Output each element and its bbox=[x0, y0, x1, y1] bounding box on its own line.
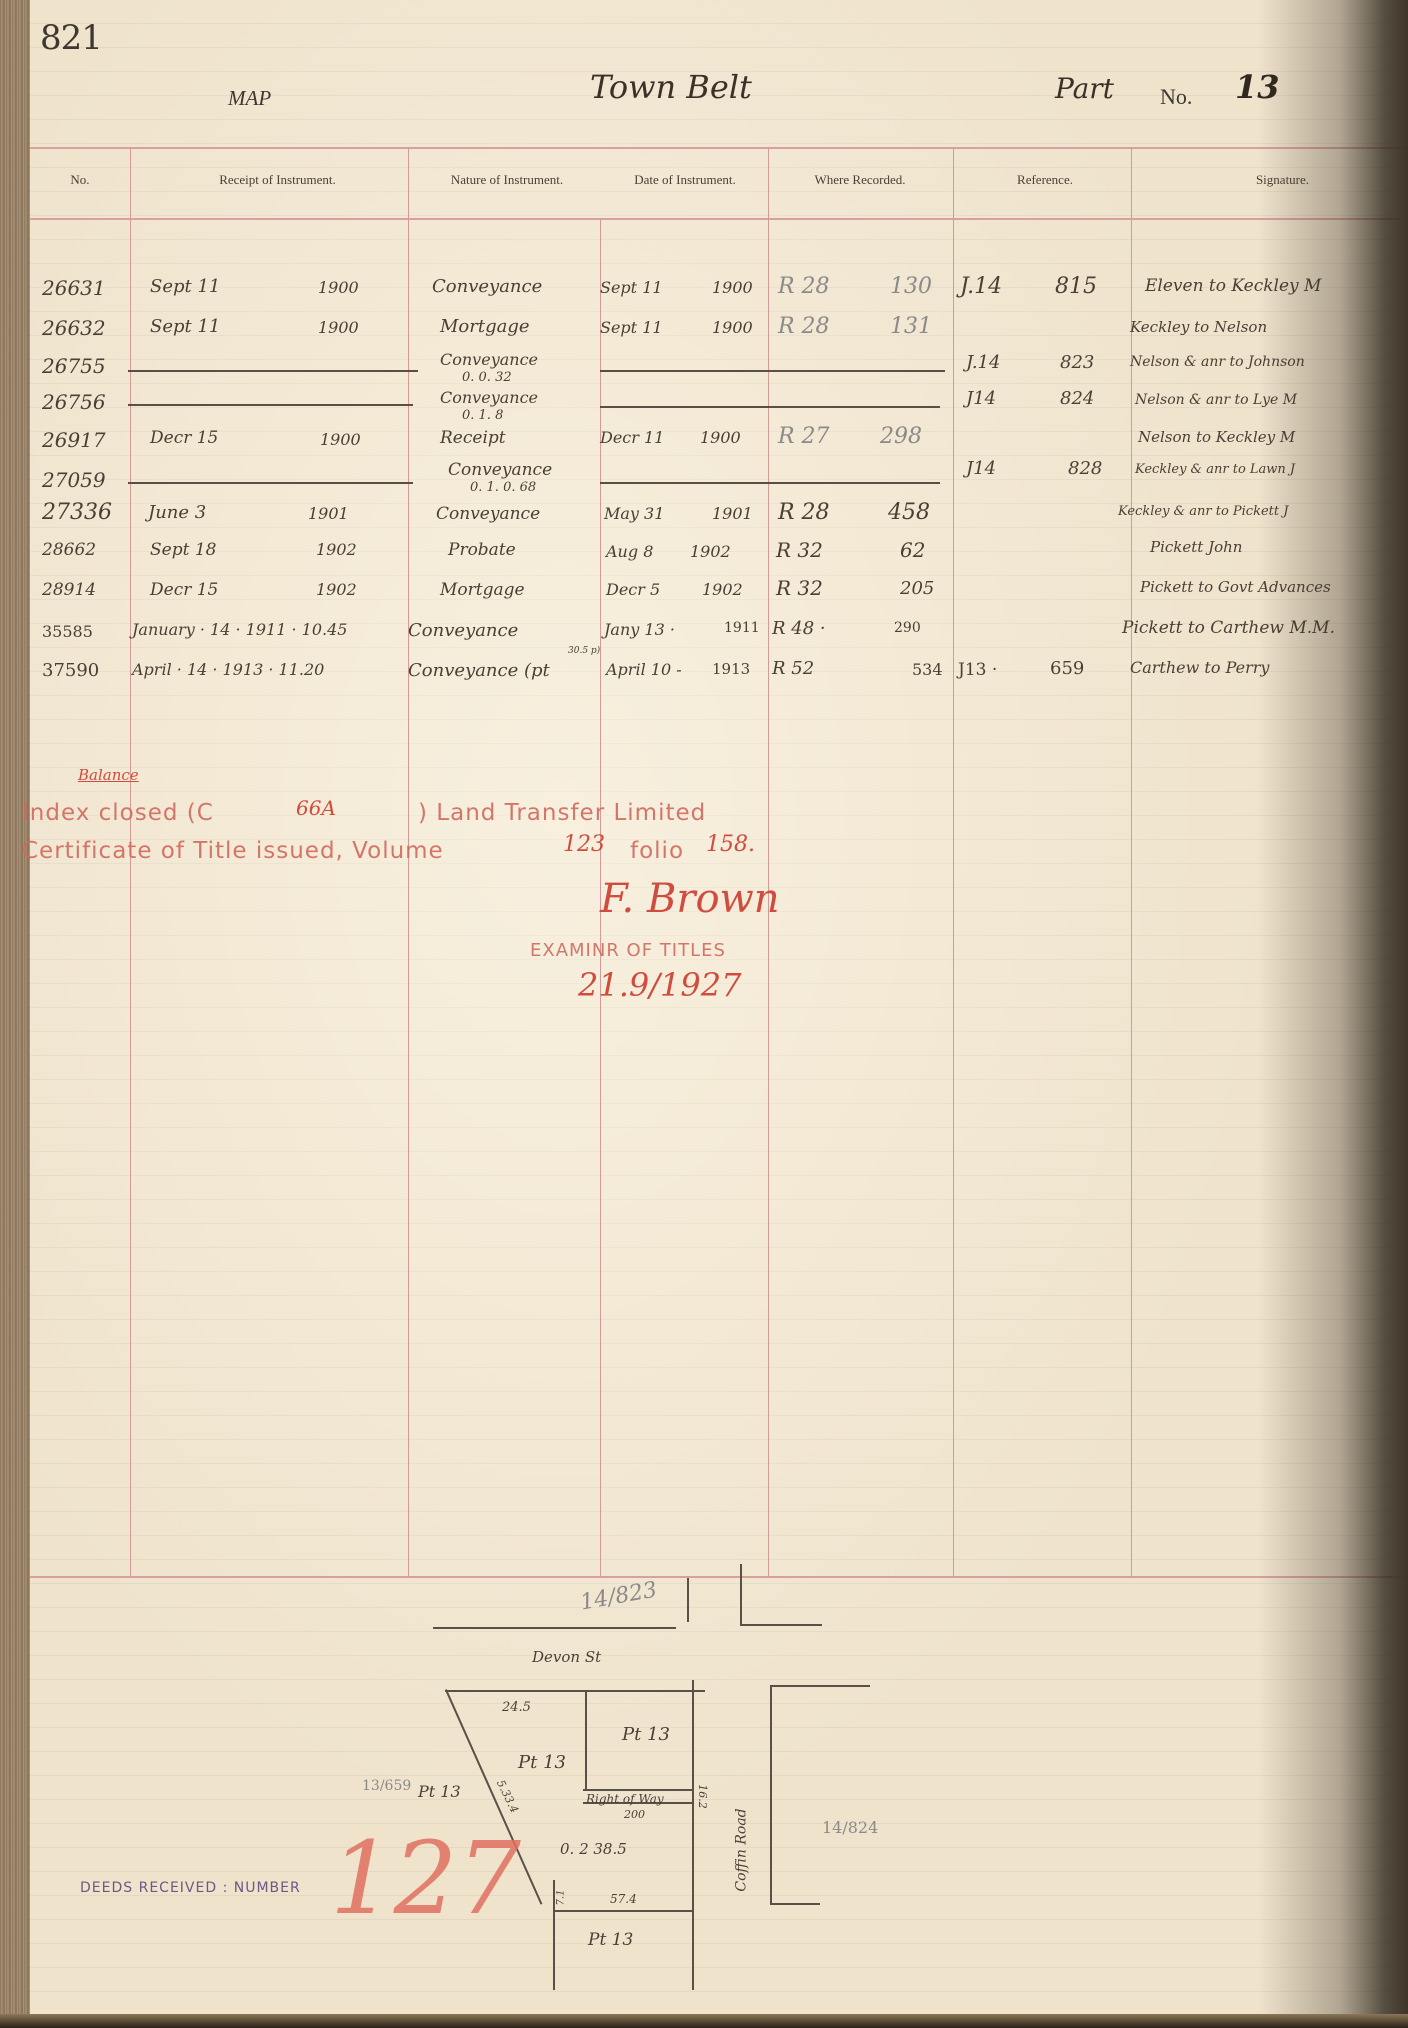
road-name: Coffin Road bbox=[734, 1808, 750, 1891]
sketch-ref-left: 13/659 bbox=[362, 1778, 411, 1794]
row-signature: Carthew to Perry bbox=[1130, 658, 1269, 677]
certificate-folio-label: folio bbox=[630, 838, 684, 864]
row-date: Jany 13 · bbox=[604, 620, 675, 639]
page-title: Town Belt bbox=[590, 68, 752, 106]
row-nature: Probate bbox=[448, 540, 516, 560]
row-receipt-date: Sept 18 bbox=[150, 540, 216, 560]
dim-top: 24.5 bbox=[502, 1700, 531, 1715]
examiner-title: EXAMINR OF TITLES bbox=[530, 940, 726, 961]
row-nature-area: 0. 0. 32 bbox=[462, 370, 512, 385]
row-receipt-date: Decr 15 bbox=[150, 428, 218, 448]
row-no: 26631 bbox=[42, 276, 106, 300]
strike-line bbox=[128, 482, 413, 484]
row-no: 26756 bbox=[42, 390, 106, 414]
no-label: No. bbox=[1160, 84, 1192, 110]
dim-bottom: 57.4 bbox=[610, 1892, 637, 1906]
lot-boundary bbox=[583, 1789, 693, 1791]
strike-line bbox=[128, 370, 418, 372]
row-recorded-r: R 32 bbox=[776, 576, 823, 600]
row-signature: Keckley to Nelson bbox=[1130, 318, 1267, 336]
certificate-folio: 158. bbox=[706, 832, 755, 857]
row-recorded-page: 205 bbox=[900, 578, 934, 599]
row-receipt-date: June 3 bbox=[148, 502, 206, 523]
row-ref-folio: 823 bbox=[1060, 352, 1094, 373]
row-nature: Conveyance bbox=[440, 388, 538, 407]
column-header-reference: Reference. bbox=[965, 172, 1125, 188]
row-date-year: 1900 bbox=[700, 428, 741, 447]
row-receipt-date: Decr 15 bbox=[150, 580, 218, 600]
page-number: 821 bbox=[40, 18, 102, 58]
row-nature: Mortgage bbox=[440, 580, 525, 600]
row-recorded-page: 131 bbox=[890, 314, 932, 339]
certificate-prefix: Certificate of Title issued, Volume bbox=[22, 838, 444, 864]
row-receipt-date: Sept 11 bbox=[150, 276, 220, 297]
table-bottom-rule bbox=[30, 1576, 1408, 1578]
row-date-year: 1902 bbox=[690, 542, 731, 561]
row-recorded-r: R 28 bbox=[778, 274, 830, 299]
lot-label: Pt 13 bbox=[588, 1930, 633, 1950]
row-ref-folio: 659 bbox=[1050, 658, 1084, 679]
strike-line bbox=[600, 370, 945, 372]
street-name: Devon St bbox=[532, 1648, 601, 1666]
road-boundary bbox=[770, 1685, 772, 1903]
certificate-volume: 123 bbox=[563, 832, 605, 857]
row-recorded-page: 534 bbox=[912, 660, 943, 679]
book-edge bbox=[0, 0, 30, 2028]
table-top-rule bbox=[30, 147, 1408, 149]
row-nature: Conveyance bbox=[436, 504, 540, 524]
sketch-ref-right: 14/824 bbox=[822, 1818, 878, 1837]
lot-boundary bbox=[692, 1680, 694, 1990]
row-recorded-page: 458 bbox=[888, 500, 930, 525]
row-nature-area: 30.5 p) bbox=[568, 646, 600, 656]
examiner-signature: F. Brown bbox=[600, 876, 780, 922]
row-no: 26755 bbox=[42, 354, 106, 378]
lot-boundary bbox=[553, 1910, 693, 1912]
part-label: Part bbox=[1055, 72, 1114, 105]
row-nature: Conveyance bbox=[440, 350, 538, 369]
row-receipt-year: 1902 bbox=[316, 540, 357, 559]
street-line bbox=[740, 1564, 742, 1624]
row-signature: Pickett John bbox=[1150, 538, 1242, 556]
column-header-no: No. bbox=[60, 172, 100, 188]
lot-boundary bbox=[445, 1690, 705, 1692]
column-header-where-recorded: Where Recorded. bbox=[780, 172, 940, 188]
row-receipt-date: April · 14 · 1913 · 11.20 bbox=[132, 660, 324, 679]
row-date-year: 1901 bbox=[712, 504, 753, 523]
index-closed-value: 66A bbox=[296, 796, 336, 820]
row-recorded-r: R 28 bbox=[778, 314, 830, 339]
row-ref-volume: J14 bbox=[966, 388, 996, 409]
row-date: Decr 5 bbox=[606, 580, 660, 599]
row-receipt-year: 1900 bbox=[320, 430, 361, 449]
row-date-year: 1900 bbox=[712, 318, 753, 337]
dim-side: 16.2 bbox=[696, 1784, 709, 1809]
street-line bbox=[687, 1578, 689, 1622]
column-divider bbox=[768, 148, 769, 1578]
index-closed-suffix: ) Land Transfer Limited bbox=[418, 800, 706, 826]
row-ref-volume: J.14 bbox=[960, 274, 1002, 299]
row-no: 37590 bbox=[42, 660, 99, 681]
page-bottom-edge bbox=[0, 2014, 1408, 2028]
row-ref-folio: 828 bbox=[1068, 458, 1102, 479]
row-receipt-date: Sept 11 bbox=[150, 316, 220, 337]
row-no: 27336 bbox=[42, 500, 112, 525]
road-boundary bbox=[770, 1685, 870, 1687]
row-date-year: 1911 bbox=[724, 620, 760, 636]
row-nature: Conveyance (pt bbox=[408, 660, 550, 681]
row-ref-folio: 824 bbox=[1060, 388, 1094, 409]
deeds-received-stamp: DEEDS RECEIVED : NUMBER bbox=[80, 1880, 301, 1896]
lot-label: Pt 13 bbox=[518, 1752, 566, 1773]
deeds-number: 127 bbox=[330, 1820, 521, 1937]
row-recorded-r: R 32 bbox=[776, 538, 823, 562]
row-receipt-year: 1900 bbox=[318, 278, 359, 297]
column-divider bbox=[953, 148, 954, 1578]
row-recorded-page: 130 bbox=[890, 274, 932, 299]
row-recorded-r: R 27 bbox=[778, 424, 830, 449]
row-recorded-r: R 48 · bbox=[772, 618, 826, 639]
row-date-year: 1900 bbox=[712, 278, 753, 297]
road-boundary bbox=[770, 1903, 820, 1905]
row-date: April 10 - bbox=[606, 660, 682, 679]
column-header-nature: Nature of Instrument. bbox=[432, 172, 582, 188]
row-recorded-page: 298 bbox=[880, 424, 922, 449]
row-nature: Conveyance bbox=[448, 460, 552, 480]
row-nature: Mortgage bbox=[440, 316, 530, 337]
row-no: 35585 bbox=[42, 622, 93, 641]
strike-line bbox=[600, 406, 940, 408]
gutter-shadow bbox=[1258, 0, 1408, 2028]
column-header-receipt: Receipt of Instrument. bbox=[150, 172, 405, 188]
row-ref-folio: 815 bbox=[1055, 274, 1097, 299]
row-no: 26632 bbox=[42, 316, 106, 340]
strike-line bbox=[128, 404, 413, 406]
row-date: Decr 11 bbox=[600, 428, 664, 447]
right-of-way-label: Right of Way bbox=[586, 1792, 664, 1806]
ledger-page: 821 MAP Town Belt Part No. 13 No. Receip… bbox=[0, 0, 1408, 2028]
row-no: 27059 bbox=[42, 468, 106, 492]
row-nature-area: 0. 1. 8 bbox=[462, 408, 503, 423]
header-bottom-rule bbox=[30, 218, 1408, 220]
lot-area: 0. 2 38.5 bbox=[560, 1840, 627, 1858]
row-nature: Conveyance bbox=[432, 276, 542, 297]
lot-label: Pt 13 bbox=[418, 1782, 461, 1801]
row-width: 200 bbox=[624, 1808, 645, 1821]
row-no: 28914 bbox=[42, 580, 96, 600]
row-receipt-year: 1902 bbox=[316, 580, 357, 599]
row-nature-area: 0. 1. 0. 68 bbox=[470, 480, 536, 495]
column-header-date: Date of Instrument. bbox=[610, 172, 760, 188]
index-closed-prefix: Index closed (C bbox=[22, 800, 214, 826]
row-date: Aug 8 bbox=[606, 542, 653, 561]
row-date-year: 1913 bbox=[712, 660, 750, 678]
row-recorded-page: 62 bbox=[900, 538, 925, 562]
lot-boundary bbox=[585, 1690, 587, 1790]
examiner-date: 21.9/1927 bbox=[578, 966, 741, 1004]
street-line bbox=[433, 1627, 676, 1629]
row-no: 26917 bbox=[42, 428, 106, 452]
sketch-ref-top: 14/823 bbox=[578, 1577, 659, 1615]
row-nature: Receipt bbox=[440, 428, 506, 448]
dim-small: 7.1 bbox=[555, 1890, 566, 1906]
row-no: 28662 bbox=[42, 540, 96, 560]
strike-line bbox=[600, 482, 940, 484]
row-ref-volume: J14 bbox=[966, 458, 996, 479]
row-date: May 31 bbox=[604, 504, 664, 523]
row-recorded-r: R 28 bbox=[778, 500, 830, 525]
row-date-year: 1902 bbox=[702, 580, 743, 599]
lot-label: Pt 13 bbox=[622, 1724, 670, 1745]
map-label: MAP bbox=[228, 86, 271, 111]
row-nature: Conveyance bbox=[408, 620, 518, 641]
row-date: Sept 11 bbox=[600, 318, 663, 337]
row-date: Sept 11 bbox=[600, 278, 663, 297]
balance-note: Balance bbox=[78, 766, 139, 784]
row-recorded-r: R 52 bbox=[772, 658, 814, 679]
row-ref-volume: J13 · bbox=[958, 660, 997, 680]
row-receipt-year: 1900 bbox=[318, 318, 359, 337]
row-receipt-year: 1901 bbox=[308, 504, 349, 523]
street-line bbox=[740, 1624, 822, 1626]
row-receipt-date: January · 14 · 1911 · 10.45 bbox=[132, 620, 347, 639]
row-recorded-page: 290 bbox=[894, 620, 921, 636]
row-ref-volume: J.14 bbox=[966, 352, 1000, 373]
